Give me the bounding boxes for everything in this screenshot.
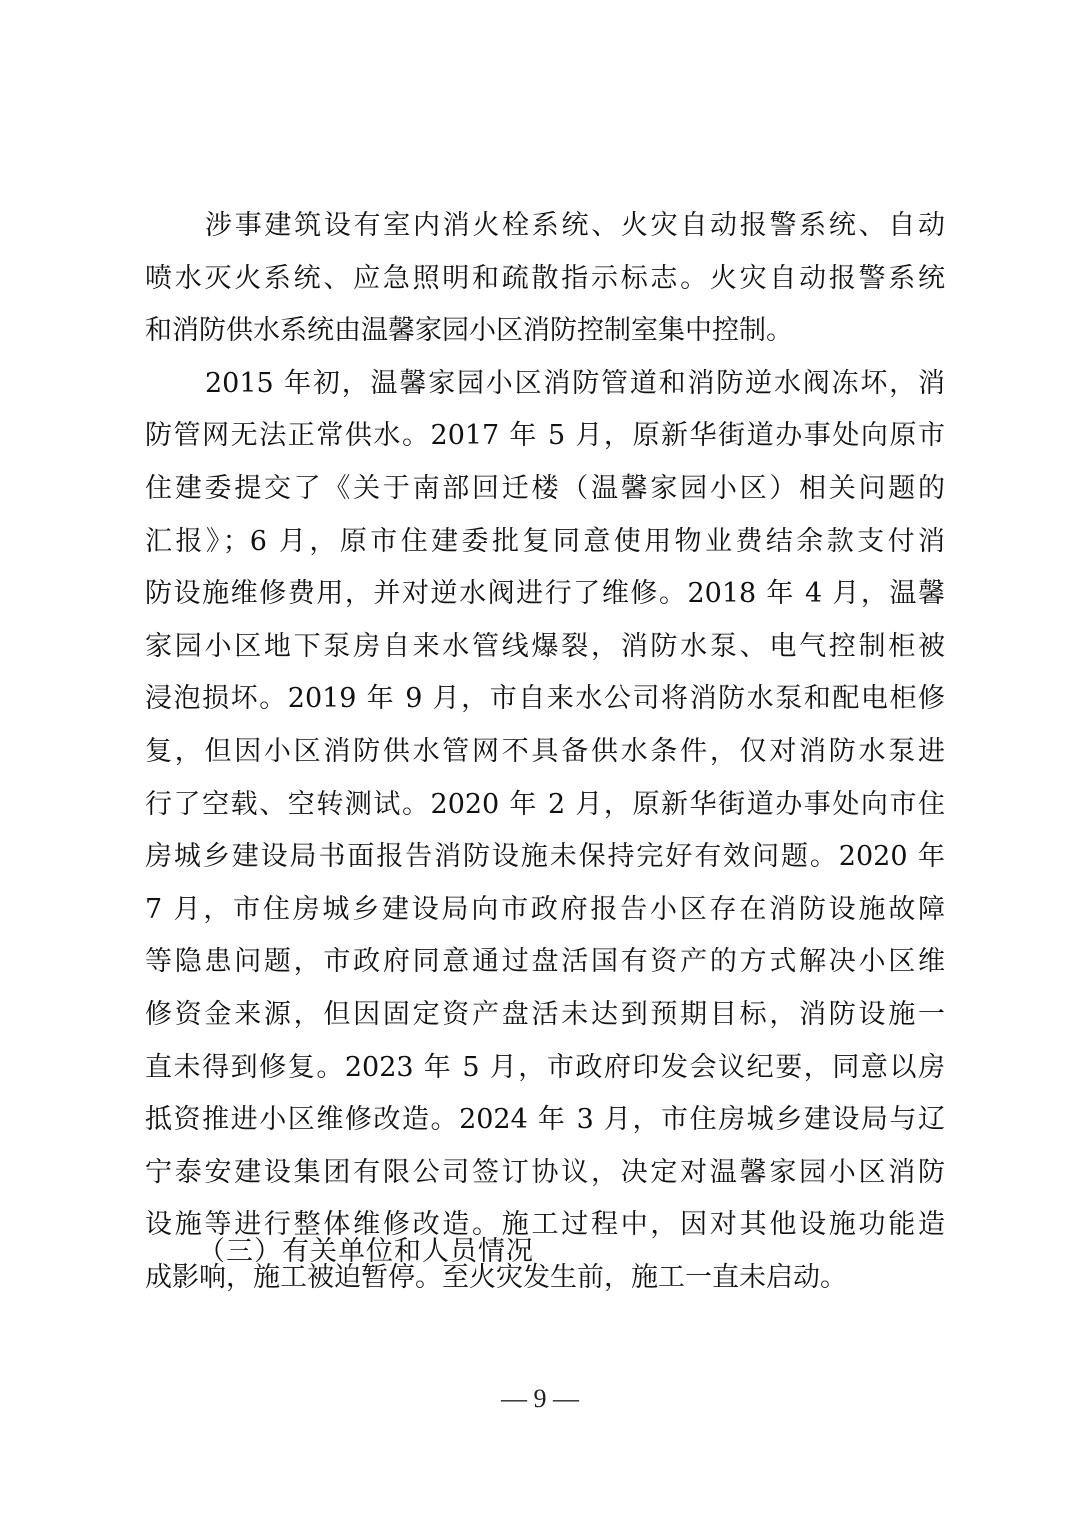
- paragraph-2-line-11: 7 月，市住房城乡建设局向市政府报告小区存在消防设施故障: [145, 884, 945, 937]
- paragraph-2-line-13: 修资金来源，但因固定资产盘活未达到预期目标，消防设施一: [145, 989, 945, 1042]
- paragraph-2-line-1: 2015 年初，温馨家园小区消防管道和消防逆水阀冻坏，消: [145, 358, 945, 411]
- paragraph-2-line-14: 直未得到修复。2023 年 5 月，市政府印发会议纪要，同意以房: [145, 1042, 945, 1095]
- paragraph-1-line-3: 和消防供水系统由温馨家园小区消防控制室集中控制。: [145, 305, 945, 358]
- paragraph-2-line-4: 汇报》；6 月，原市住建委批复同意使用物业费结余款支付消: [145, 516, 945, 569]
- paragraph-1-line-2: 喷水灭火系统、应急照明和疏散指示标志。火灾自动报警系统: [145, 253, 945, 306]
- page-number: — 9 —: [0, 1384, 1080, 1414]
- paragraph-2-line-16: 宁泰安建设集团有限公司签订协议，决定对温馨家园小区消防: [145, 1147, 945, 1200]
- section-heading: （三）有关单位和人员情况: [198, 1232, 534, 1272]
- paragraph-2-line-2: 防管网无法正常供水。2017 年 5 月，原新华街道办事处向原市: [145, 410, 945, 463]
- paragraph-2-line-3: 住建委提交了《关于南部回迁楼（温馨家园小区）相关问题的: [145, 463, 945, 516]
- paragraph-1-line-1: 涉事建筑设有室内消火栓系统、火灾自动报警系统、自动: [145, 200, 945, 253]
- paragraph-2-line-10: 房城乡建设局书面报告消防设施未保持完好有效问题。2020 年: [145, 831, 945, 884]
- document-body: 涉事建筑设有室内消火栓系统、火灾自动报警系统、自动 喷水灭火系统、应急照明和疏散…: [145, 200, 945, 1304]
- paragraph-2-line-7: 浸泡损坏。2019 年 9 月，市自来水公司将消防水泵和配电柜修: [145, 673, 945, 726]
- paragraph-2-line-8: 复，但因小区消防供水管网不具备供水条件，仅对消防水泵进: [145, 726, 945, 779]
- paragraph-2-line-5: 防设施维修费用，并对逆水阀进行了维修。2018 年 4 月，温馨: [145, 568, 945, 621]
- document-page: 涉事建筑设有室内消火栓系统、火灾自动报警系统、自动 喷水灭火系统、应急照明和疏散…: [0, 0, 1080, 1527]
- paragraph-2-line-15: 抵资推进小区维修改造。2024 年 3 月，市住房城乡建设局与辽: [145, 1094, 945, 1147]
- paragraph-2-line-12: 等隐患问题，市政府同意通过盘活国有资产的方式解决小区维: [145, 936, 945, 989]
- paragraph-2-line-9: 行了空载、空转测试。2020 年 2 月，原新华街道办事处向市住: [145, 779, 945, 832]
- paragraph-2-line-6: 家园小区地下泵房自来水管线爆裂，消防水泵、电气控制柜被: [145, 621, 945, 674]
